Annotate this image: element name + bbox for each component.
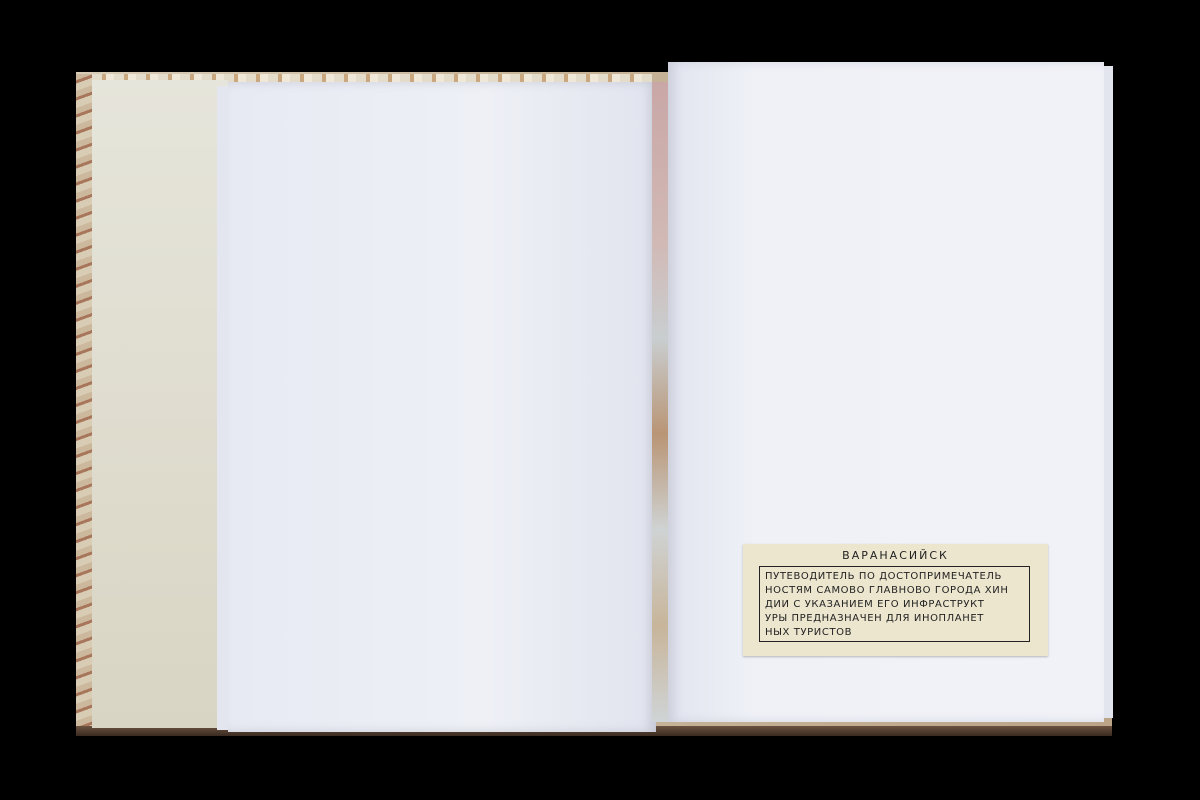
label-line: ПУТЕВОДИТЕЛЬ ПО ДОСТОПРИМЕЧАТЕЛЬ bbox=[765, 570, 1024, 584]
endpaper bbox=[92, 80, 228, 728]
label-line: НОСТЯМ САМОВО ГЛАВНОВО ГОРОДА ХИН bbox=[765, 584, 1024, 598]
title-label: ВАРАНАСИЙСК ПУТЕВОДИТЕЛЬ ПО ДОСТОПРИМЕЧА… bbox=[743, 544, 1048, 656]
label-text-box: ПУТЕВОДИТЕЛЬ ПО ДОСТОПРИМЕЧАТЕЛЬ НОСТЯМ … bbox=[759, 566, 1030, 642]
label-title: ВАРАНАСИЙСК bbox=[743, 549, 1048, 562]
label-line: УРЫ ПРЕДНАЗНАЧЕН ДЛЯ ИНОПЛАНЕТ bbox=[765, 612, 1024, 626]
left-page bbox=[228, 82, 656, 732]
label-line: ДИИ С УКАЗАНИЕМ ЕГО ИНФРАСТРУКТ bbox=[765, 598, 1024, 612]
label-line: НЫХ ТУРИСТОВ bbox=[765, 626, 1024, 640]
